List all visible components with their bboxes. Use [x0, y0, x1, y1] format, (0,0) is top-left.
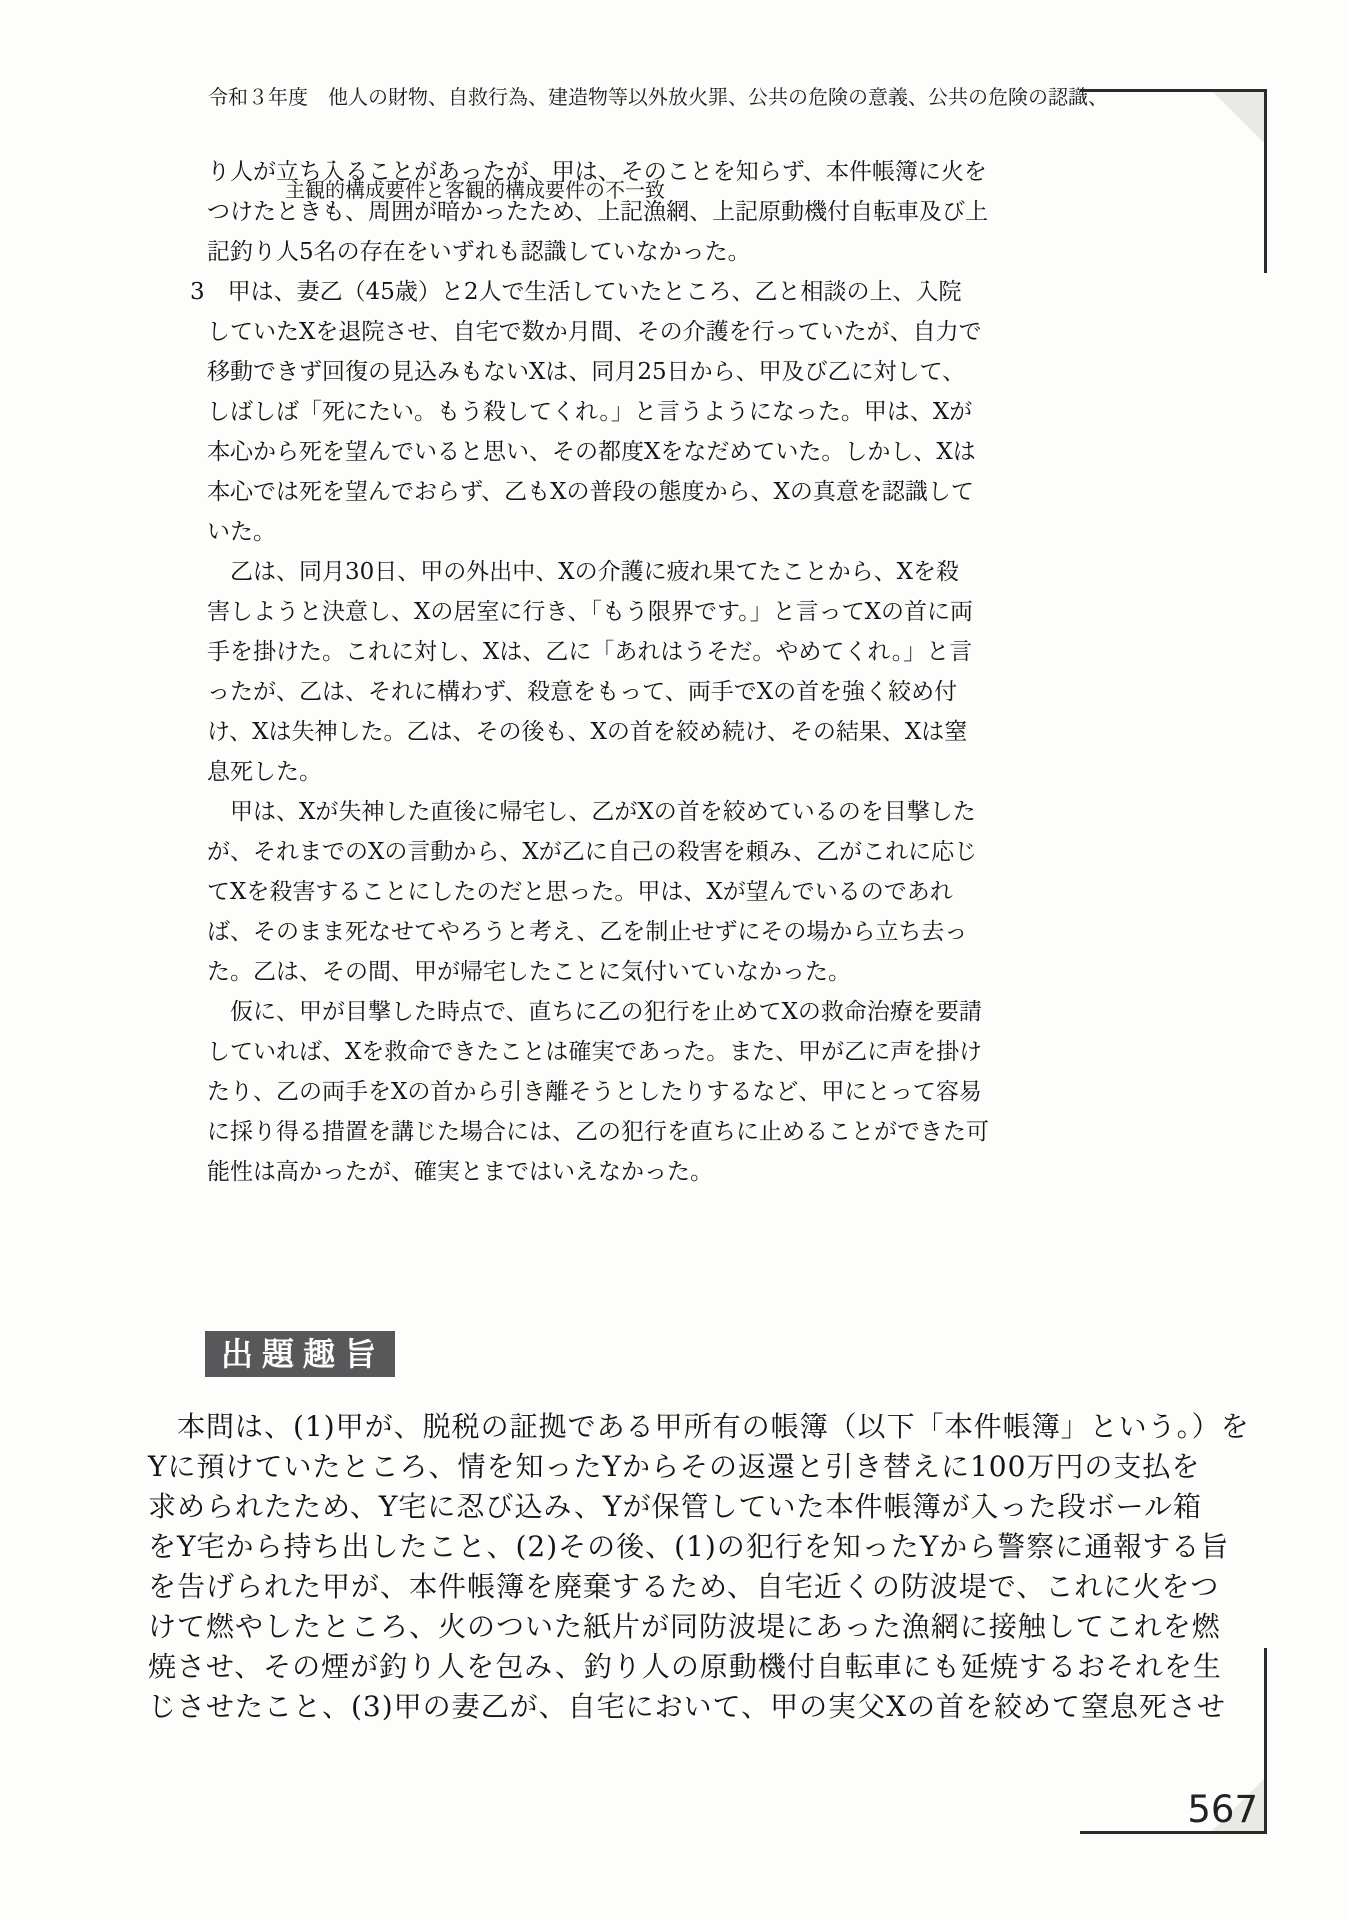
- corner-rule-bottom-horizontal: [1080, 1831, 1267, 1834]
- text-line: していたXを退院させ、自宅で数か月間、その介護を行っていたが、自力で: [190, 312, 1050, 352]
- text-line: てXを殺害することにしたのだと思った。甲は、Xが望んでいるのであれ: [190, 872, 1050, 912]
- corner-rule-bottom-vertical: [1264, 1648, 1267, 1834]
- text-line: け、Xは失神した。乙は、その後も、Xの首を絞め続け、その結果、Xは窒: [190, 712, 1050, 752]
- corner-rule-top-vertical: [1264, 89, 1267, 273]
- purpose-text-block: 本問は、(1)甲が、脱税の証拠である甲所有の帳簿（以下「本件帳簿」という。）をY…: [148, 1407, 1268, 1727]
- text-line: 手を掛けた。これに対し、Xは、乙に「あれはうそだ。やめてくれ。」と言: [190, 632, 1050, 672]
- text-line: 3 甲は、妻乙（45歳）と2人で生活していたところ、乙と相談の上、入院: [190, 272, 1050, 312]
- text-line: 本問は、(1)甲が、脱税の証拠である甲所有の帳簿（以下「本件帳簿」という。）を: [148, 1407, 1268, 1447]
- book-page: 令和３年度 他人の財物、自救行為、建造物等以外放火罪、公共の危険の意義、公共の危…: [0, 0, 1350, 1920]
- text-line: 害しようと決意し、Xの居室に行き、「もう限界です。」と言ってXの首に両: [190, 592, 1050, 632]
- text-line: 記釣り人5名の存在をいずれも認識していなかった。: [190, 232, 1050, 272]
- problem-text-block: り人が立ち入ることがあったが、甲は、そのことを知らず、本件帳簿に火をつけたときも…: [190, 152, 1050, 1192]
- text-line: を告げられた甲が、本件帳簿を廃棄するため、自宅近くの防波堤で、これに火をつ: [148, 1567, 1268, 1607]
- text-line: 息死した。: [190, 752, 1050, 792]
- text-line: 甲は、Xが失神した直後に帰宅し、乙がXの首を絞めているのを目撃した: [190, 792, 1050, 832]
- page-number: 567: [1160, 1791, 1258, 1828]
- text-line: に採り得る措置を講じた場合には、乙の犯行を直ちに止めることができた可: [190, 1112, 1050, 1152]
- text-line: 焼させ、その煙が釣り人を包み、釣り人の原動機付自転車にも延焼するおそれを生: [148, 1647, 1268, 1687]
- text-line: していれば、Xを救命できたことは確実であった。また、甲が乙に声を掛け: [190, 1032, 1050, 1072]
- text-line: 移動できず回復の見込みもないXは、同月25日から、甲及び乙に対して、: [190, 352, 1050, 392]
- text-line: 求められたため、Y宅に忍び込み、Yが保管していた本件帳簿が入った段ボール箱: [148, 1487, 1268, 1527]
- text-line: いた。: [190, 512, 1050, 552]
- text-line: 仮に、甲が目撃した時点で、直ちに乙の犯行を止めてXの救命治療を要請: [190, 992, 1050, 1032]
- text-line: ば、そのまま死なせてやろうと考え、乙を制止せずにその場から立ち去っ: [190, 912, 1050, 952]
- text-line: Yに預けていたところ、情を知ったYからその返還と引き替えに100万円の支払を: [148, 1447, 1268, 1487]
- text-line: り人が立ち入ることがあったが、甲は、そのことを知らず、本件帳簿に火を: [190, 152, 1050, 192]
- text-line: けて燃やしたところ、火のついた紙片が同防波堤にあった漁網に接触してこれを燃: [148, 1607, 1268, 1647]
- text-line: 本心から死を望んでいると思い、その都度Xをなだめていた。しかし、Xは: [190, 432, 1050, 472]
- text-line: たり、乙の両手をXの首から引き離そうとしたりするなど、甲にとって容易: [190, 1072, 1050, 1112]
- running-header-line1: 令和３年度 他人の財物、自救行為、建造物等以外放火罪、公共の危険の意義、公共の危…: [208, 82, 1108, 113]
- folded-corner-mark-top-icon: [1213, 92, 1264, 143]
- text-line: しばしば「死にたい。もう殺してくれ。」と言うようになった。甲は、Xが: [190, 392, 1050, 432]
- text-line: ったが、乙は、それに構わず、殺意をもって、両手でXの首を強く絞め付: [190, 672, 1050, 712]
- text-line: が、それまでのXの言動から、Xが乙に自己の殺害を頼み、乙がこれに応じ: [190, 832, 1050, 872]
- text-line: 能性は高かったが、確実とまではいえなかった。: [190, 1152, 1050, 1192]
- text-line: た。乙は、その間、甲が帰宅したことに気付いていなかった。: [190, 952, 1050, 992]
- text-line: つけたときも、周囲が暗かったため、上記漁網、上記原動機付自転車及び上: [190, 192, 1050, 232]
- text-line: 乙は、同月30日、甲の外出中、Xの介護に疲れ果てたことから、Xを殺: [190, 552, 1050, 592]
- text-line: 本心では死を望んでおらず、乙もXの普段の態度から、Xの真意を認識して: [190, 472, 1050, 512]
- text-line: じさせたこと、(3)甲の妻乙が、自宅において、甲の実父Xの首を絞めて窒息死させ: [148, 1687, 1268, 1727]
- text-line: をY宅から持ち出したこと、(2)その後、(1)の犯行を知ったYから警察に通報する…: [148, 1527, 1268, 1567]
- purpose-section-heading: 出題趣旨: [205, 1331, 395, 1377]
